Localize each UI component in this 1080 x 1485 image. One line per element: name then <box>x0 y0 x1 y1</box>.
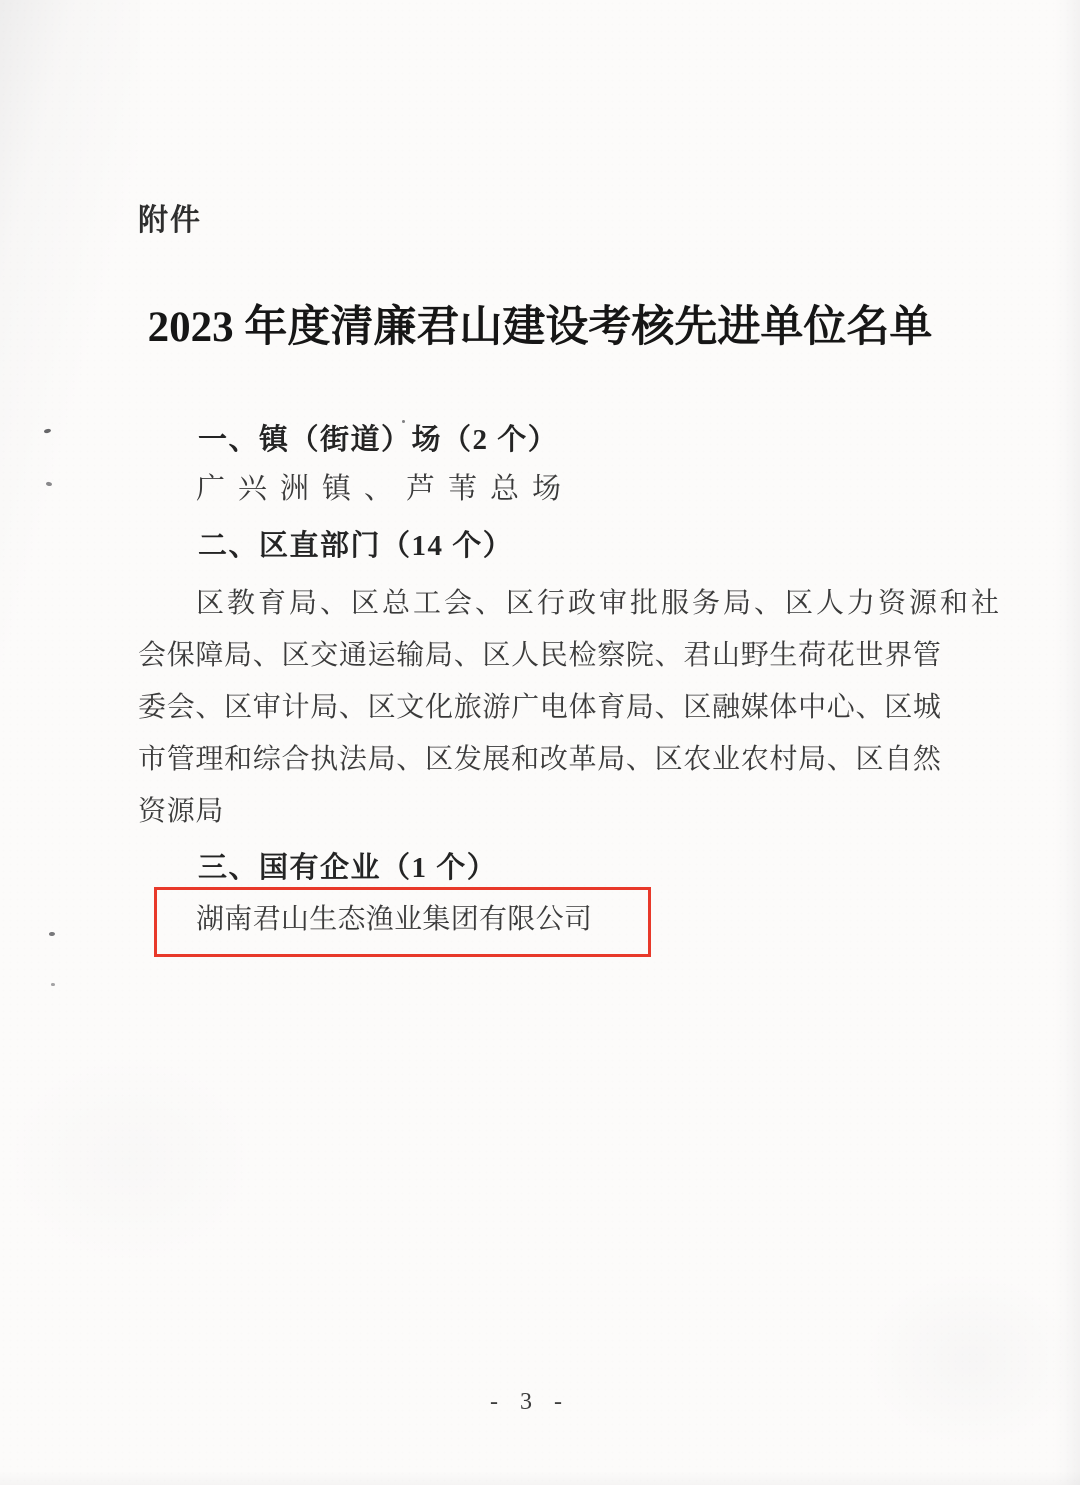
section2-line-2: 会保障局、区交通运输局、区人民检察院、君山野生荷花世界管 <box>138 642 942 670</box>
section1-content-line: 广兴洲镇、芦苇总场 <box>196 475 574 504</box>
paper-crease <box>860 1270 1080 1450</box>
section3-heading: 三、国有企业（1 个） <box>198 854 497 883</box>
section2-line-3: 委会、区审计局、区文化旅游广电体育局、区融媒体中心、区城 <box>138 694 942 722</box>
ink-speck <box>402 420 405 423</box>
paper-crease <box>0 1050 260 1270</box>
paper-right-edge-shadow <box>1054 0 1080 1485</box>
section3-content-line: 湖南君山生态渔业集团有限公司 <box>196 906 592 934</box>
section1-heading: 一、镇（街道）场（2 个） <box>198 426 558 455</box>
ink-speck <box>44 428 52 434</box>
document-title: 2023 年度清廉君山建设考核先进单位名单 <box>0 304 1080 351</box>
section2-line-5: 资源局 <box>138 798 224 826</box>
page-number: - 3 - <box>0 1390 1070 1414</box>
scan-edge-shade <box>0 0 140 760</box>
ink-speck <box>46 482 52 487</box>
scanned-document-page: 附件 2023 年度清廉君山建设考核先进单位名单 一、镇（街道）场（2 个） 广… <box>0 0 1080 1485</box>
paper-bottom-edge-shadow <box>0 1471 1080 1485</box>
highlight-annotation-box: 湖南君山生态渔业集团有限公司 <box>154 887 651 957</box>
ink-speck <box>51 983 55 986</box>
attachment-label: 附件 <box>138 206 202 236</box>
section2-line-1: 区教育局、区总工会、区行政审批服务局、区人力资源和社 <box>196 590 1002 618</box>
section2-heading: 二、区直部门（14 个） <box>198 532 513 561</box>
section2-line-4: 市管理和综合执法局、区发展和改革局、区农业农村局、区自然 <box>138 746 942 774</box>
ink-speck <box>49 932 55 937</box>
